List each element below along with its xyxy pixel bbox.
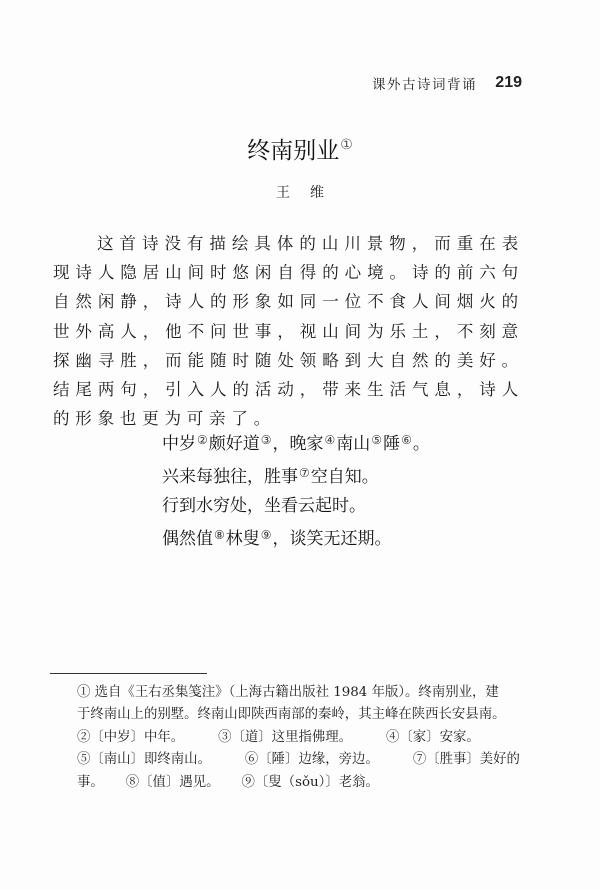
footnote-ref[interactable]: ⑦ — [299, 466, 310, 480]
footnotes: ① 选自《王右丞集笺注》（上海古籍出版社 1984 年版）。终南别业，建 于终南… — [77, 682, 524, 794]
footnote-row-3: 事。⑧〔值〕遇见。⑨〔叟（sǒu）〕老翁。 — [77, 772, 524, 794]
footnote-ref[interactable]: ④ — [325, 433, 336, 447]
poem-text: 行到水穷处，坐看云起时。 — [162, 496, 366, 516]
poem-text: 陲 — [383, 434, 400, 454]
footnote-5: ⑤〔南山〕即终南山。 — [77, 752, 211, 767]
poem-title-text: 终南别业 — [247, 138, 339, 164]
poem-text: 林叟 — [226, 529, 260, 549]
poem-line-3: 行到水穷处，坐看云起时。 — [162, 492, 522, 521]
footnote-ref[interactable]: ③ — [261, 433, 272, 447]
section-title: 课外古诗词背诵 — [372, 73, 477, 93]
footnote-ref[interactable]: ⑨ — [261, 528, 272, 542]
poem-line-2: 兴来每独往，胜事⑦空自知。 — [162, 459, 522, 492]
footnote-8: ⑧〔值〕遇见。 — [126, 775, 220, 790]
footnote-9: ⑨〔叟（sǒu）〕老翁。 — [242, 775, 379, 790]
footnote-1-line-2: 于终南山上的别墅。终南山即陕西南部的秦岭，其主峰在陕西长安县南。 — [77, 704, 524, 726]
footnote-1-line-1: ① 选自《王右丞集笺注》（上海古籍出版社 1984 年版）。终南别业，建 — [77, 682, 524, 704]
poem-text: ，谈笑无还期。 — [273, 529, 392, 549]
poem-text: 南山 — [336, 434, 370, 454]
poem-line-1: 中岁②颇好道③，晚家④南山⑤陲⑥。 — [162, 426, 522, 459]
poem-title: 终南别业① — [0, 136, 600, 166]
footnote-row-1: ②〔中岁〕中年。③〔道〕这里指佛理。④〔家〕安家。 — [77, 727, 524, 749]
poem-text: ，晚家 — [273, 434, 324, 454]
poem-line-4: 偶然值⑧林叟⑨，谈笑无还期。 — [162, 521, 522, 554]
footnote-ref[interactable]: ⑥ — [401, 433, 412, 447]
footnote-ref[interactable]: ② — [197, 433, 208, 447]
poem-text: 颇好道 — [209, 434, 260, 454]
footnote-7-cont: 事。 — [77, 775, 104, 790]
footnote-row-2: ⑤〔南山〕即终南山。⑥〔陲〕边缘，旁边。⑦〔胜事〕美好的 — [77, 749, 524, 771]
footnote-3: ③〔道〕这里指佛理。 — [218, 730, 352, 745]
poem-text: 中岁 — [162, 434, 196, 454]
footnote-divider — [50, 673, 207, 674]
poem-text: 。 — [413, 434, 430, 454]
footnote-6: ⑥〔陲〕边缘，旁边。 — [245, 752, 379, 767]
footnote-ref-1[interactable]: ① — [340, 137, 353, 153]
footnote-7: ⑦〔胜事〕美好的 — [413, 752, 520, 767]
running-head: 课外古诗词背诵 219 — [372, 73, 522, 93]
footnote-2: ②〔中岁〕中年。 — [77, 730, 184, 745]
poem-introduction: 这首诗没有描绘具体的山川景物，而重在表现诗人隐居山间时悠闲自得的心境。诗的前六句… — [53, 229, 524, 433]
textbook-page: 课外古诗词背诵 219 终南别业① 王维 这首诗没有描绘具体的山川景物，而重在表… — [0, 0, 600, 889]
poem-text: 偶然值 — [162, 529, 213, 549]
poem-text: 空自知。 — [311, 467, 379, 487]
page-number: 219 — [495, 74, 522, 92]
footnote-4: ④〔家〕安家。 — [386, 730, 480, 745]
footnote-ref[interactable]: ⑤ — [371, 433, 382, 447]
poem-author: 王维 — [0, 182, 600, 202]
poem-body: 中岁②颇好道③，晚家④南山⑤陲⑥。兴来每独往，胜事⑦空自知。行到水穷处，坐看云起… — [162, 426, 522, 554]
poem-text: 兴来每独往，胜事 — [162, 467, 298, 487]
footnote-ref[interactable]: ⑧ — [214, 528, 225, 542]
